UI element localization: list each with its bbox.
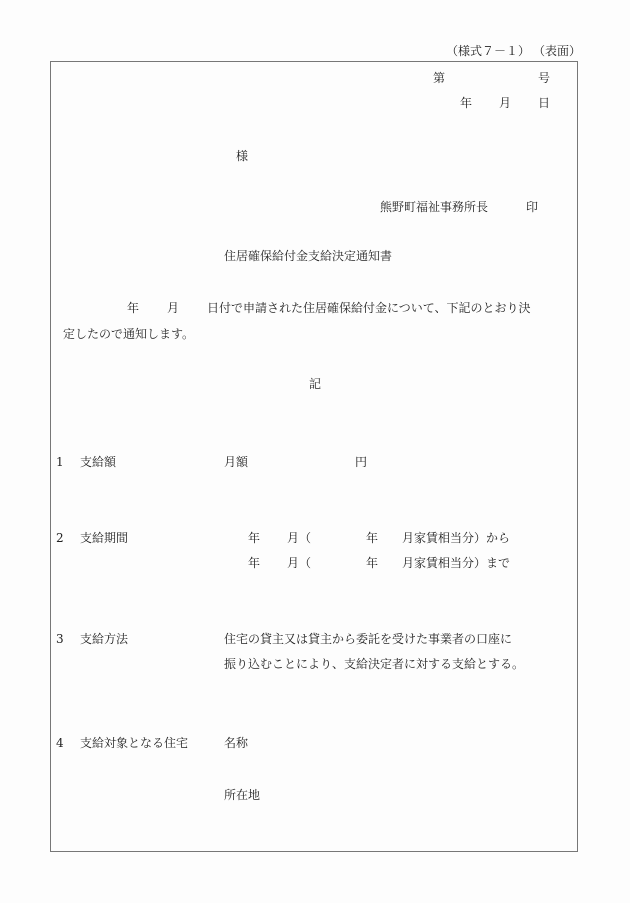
item-2-label: 支給期間 (80, 532, 128, 544)
item-3-line-2: 振り込むことにより、支給決定者に対する支給とする。 (224, 658, 524, 670)
document-title: 住居確保給付金支給決定通知書 (224, 250, 392, 262)
period-from-year2: 年 (366, 532, 378, 544)
period-to-month: 月（ (287, 557, 311, 569)
document-frame (50, 61, 578, 852)
item-4-number: 4 (56, 737, 64, 749)
ki-heading: 記 (309, 378, 321, 390)
sender-name: 熊野町福祉事務所長 (380, 201, 488, 213)
item-4-field-address: 所在地 (224, 789, 260, 801)
item-1-prefix: 月額 (224, 456, 248, 468)
form-style-label: （様式７－１） (446, 45, 530, 57)
recipient-honorific: 様 (236, 150, 248, 162)
period-to-tail: 月家賃相当分）まで (402, 557, 510, 569)
number-prefix: 第 (433, 72, 445, 84)
item-2-number: 2 (56, 532, 64, 544)
item-1-label: 支給額 (80, 456, 116, 468)
period-from-year: 年 (248, 532, 260, 544)
body-line2: 定したので通知します。 (63, 328, 194, 340)
item-1-unit: 円 (355, 456, 367, 468)
item-3-label: 支給方法 (80, 633, 128, 645)
body-month: 月 (167, 302, 179, 314)
period-to-year2: 年 (366, 557, 378, 569)
sender-seal: 印 (526, 201, 538, 213)
item-3-number: 3 (56, 633, 64, 645)
body-year: 年 (127, 302, 139, 314)
date-year: 年 (460, 97, 472, 109)
date-day: 日 (538, 97, 550, 109)
body-line1: 日付で申請された住居確保給付金について、下記のとおり決 (207, 302, 531, 314)
item-1-number: 1 (56, 456, 64, 468)
period-to-year: 年 (248, 557, 260, 569)
item-4-label: 支給対象となる住宅 (80, 737, 188, 749)
item-3-line-1: 住宅の貸主又は貸主から委託を受けた事業者の口座に (224, 633, 512, 645)
date-month: 月 (499, 97, 511, 109)
period-from-tail: 月家賃相当分）から (402, 532, 510, 544)
period-from-month: 月（ (287, 532, 311, 544)
form-side-label: （表面） (533, 45, 581, 57)
item-4-field-name: 名称 (224, 737, 248, 749)
number-suffix: 号 (538, 72, 550, 84)
